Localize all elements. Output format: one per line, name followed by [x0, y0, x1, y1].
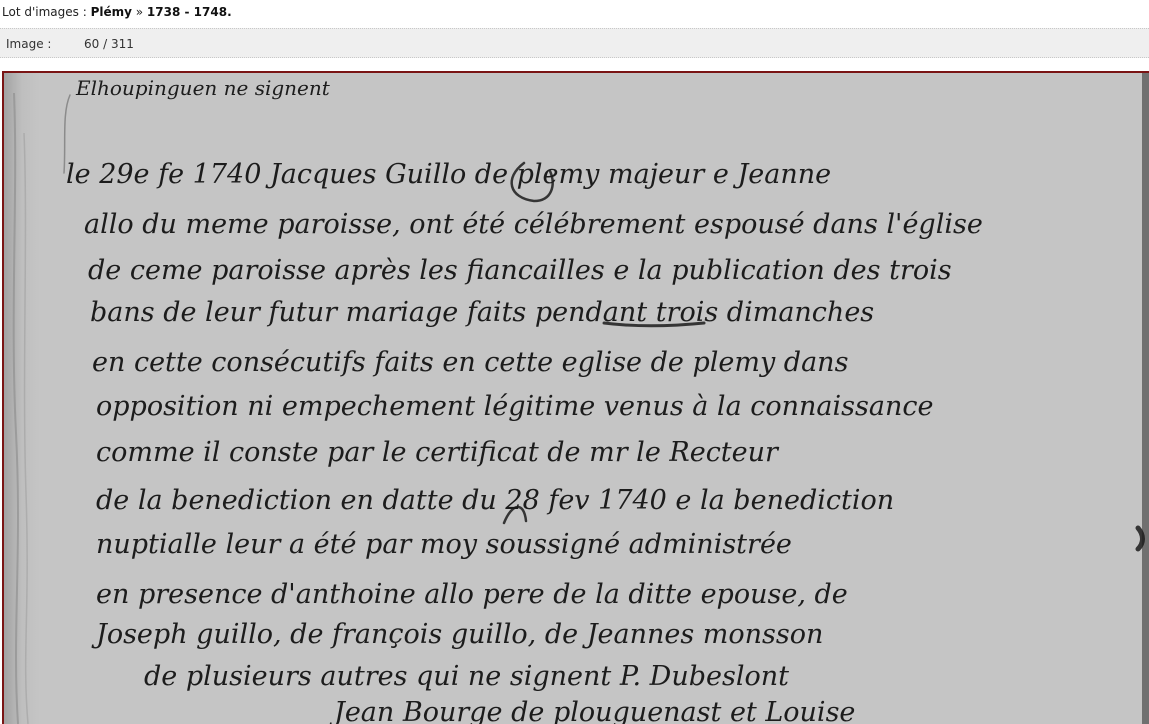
text-line-4: de ceme paroisse après les fiancailles e…	[88, 255, 952, 286]
text-line-9: de la benediction en datte du 28 fev 174…	[96, 485, 894, 516]
document-image-viewer[interactable]: Elhoupinguen ne signent le 29e fe 1740 J…	[2, 71, 1149, 724]
lot-label: Lot d'images :	[2, 5, 91, 19]
breadcrumb: Lot d'images : Plémy » 1738 - 1748.	[2, 4, 232, 20]
image-navigation-bar: Image : 60 / 311	[0, 28, 1149, 58]
text-line-3: allo du meme paroisse, ont été célébreme…	[84, 209, 983, 240]
breadcrumb-separator: »	[132, 5, 147, 19]
text-line-10: nuptialle leur a été par moy soussigné a…	[96, 529, 792, 560]
image-counter: 60 / 311	[84, 37, 134, 51]
text-line-7: opposition ni empechement légitime venus…	[96, 391, 933, 422]
breadcrumb-years: 1738 - 1748	[147, 5, 227, 19]
text-line-1: Elhoupinguen ne signent	[75, 76, 331, 100]
text-line-8: comme il conste par le certificat de mr …	[96, 437, 780, 468]
text-line-2: le 29e fe 1740 Jacques Guillo de plemy m…	[66, 159, 831, 190]
breadcrumb-period: .	[227, 5, 232, 19]
handwritten-register-scan: Elhoupinguen ne signent le 29e fe 1740 J…	[4, 73, 1149, 724]
breadcrumb-place-link[interactable]: Plémy	[91, 5, 132, 19]
text-line-5: bans de leur futur mariage faits pendant…	[90, 297, 874, 328]
text-line-6: en cette consécutifs faits en cette egli…	[92, 347, 848, 378]
text-line-11: en presence d'anthoine allo pere de la d…	[96, 579, 848, 610]
image-label: Image :	[6, 37, 51, 51]
text-line-14: Jean Bourge de plouguenast et Louise	[329, 697, 855, 724]
text-line-13: de plusieurs autres qui ne signent P. Du…	[144, 661, 789, 692]
text-line-12: Joseph guillo, de françois guillo, de Je…	[91, 619, 823, 650]
